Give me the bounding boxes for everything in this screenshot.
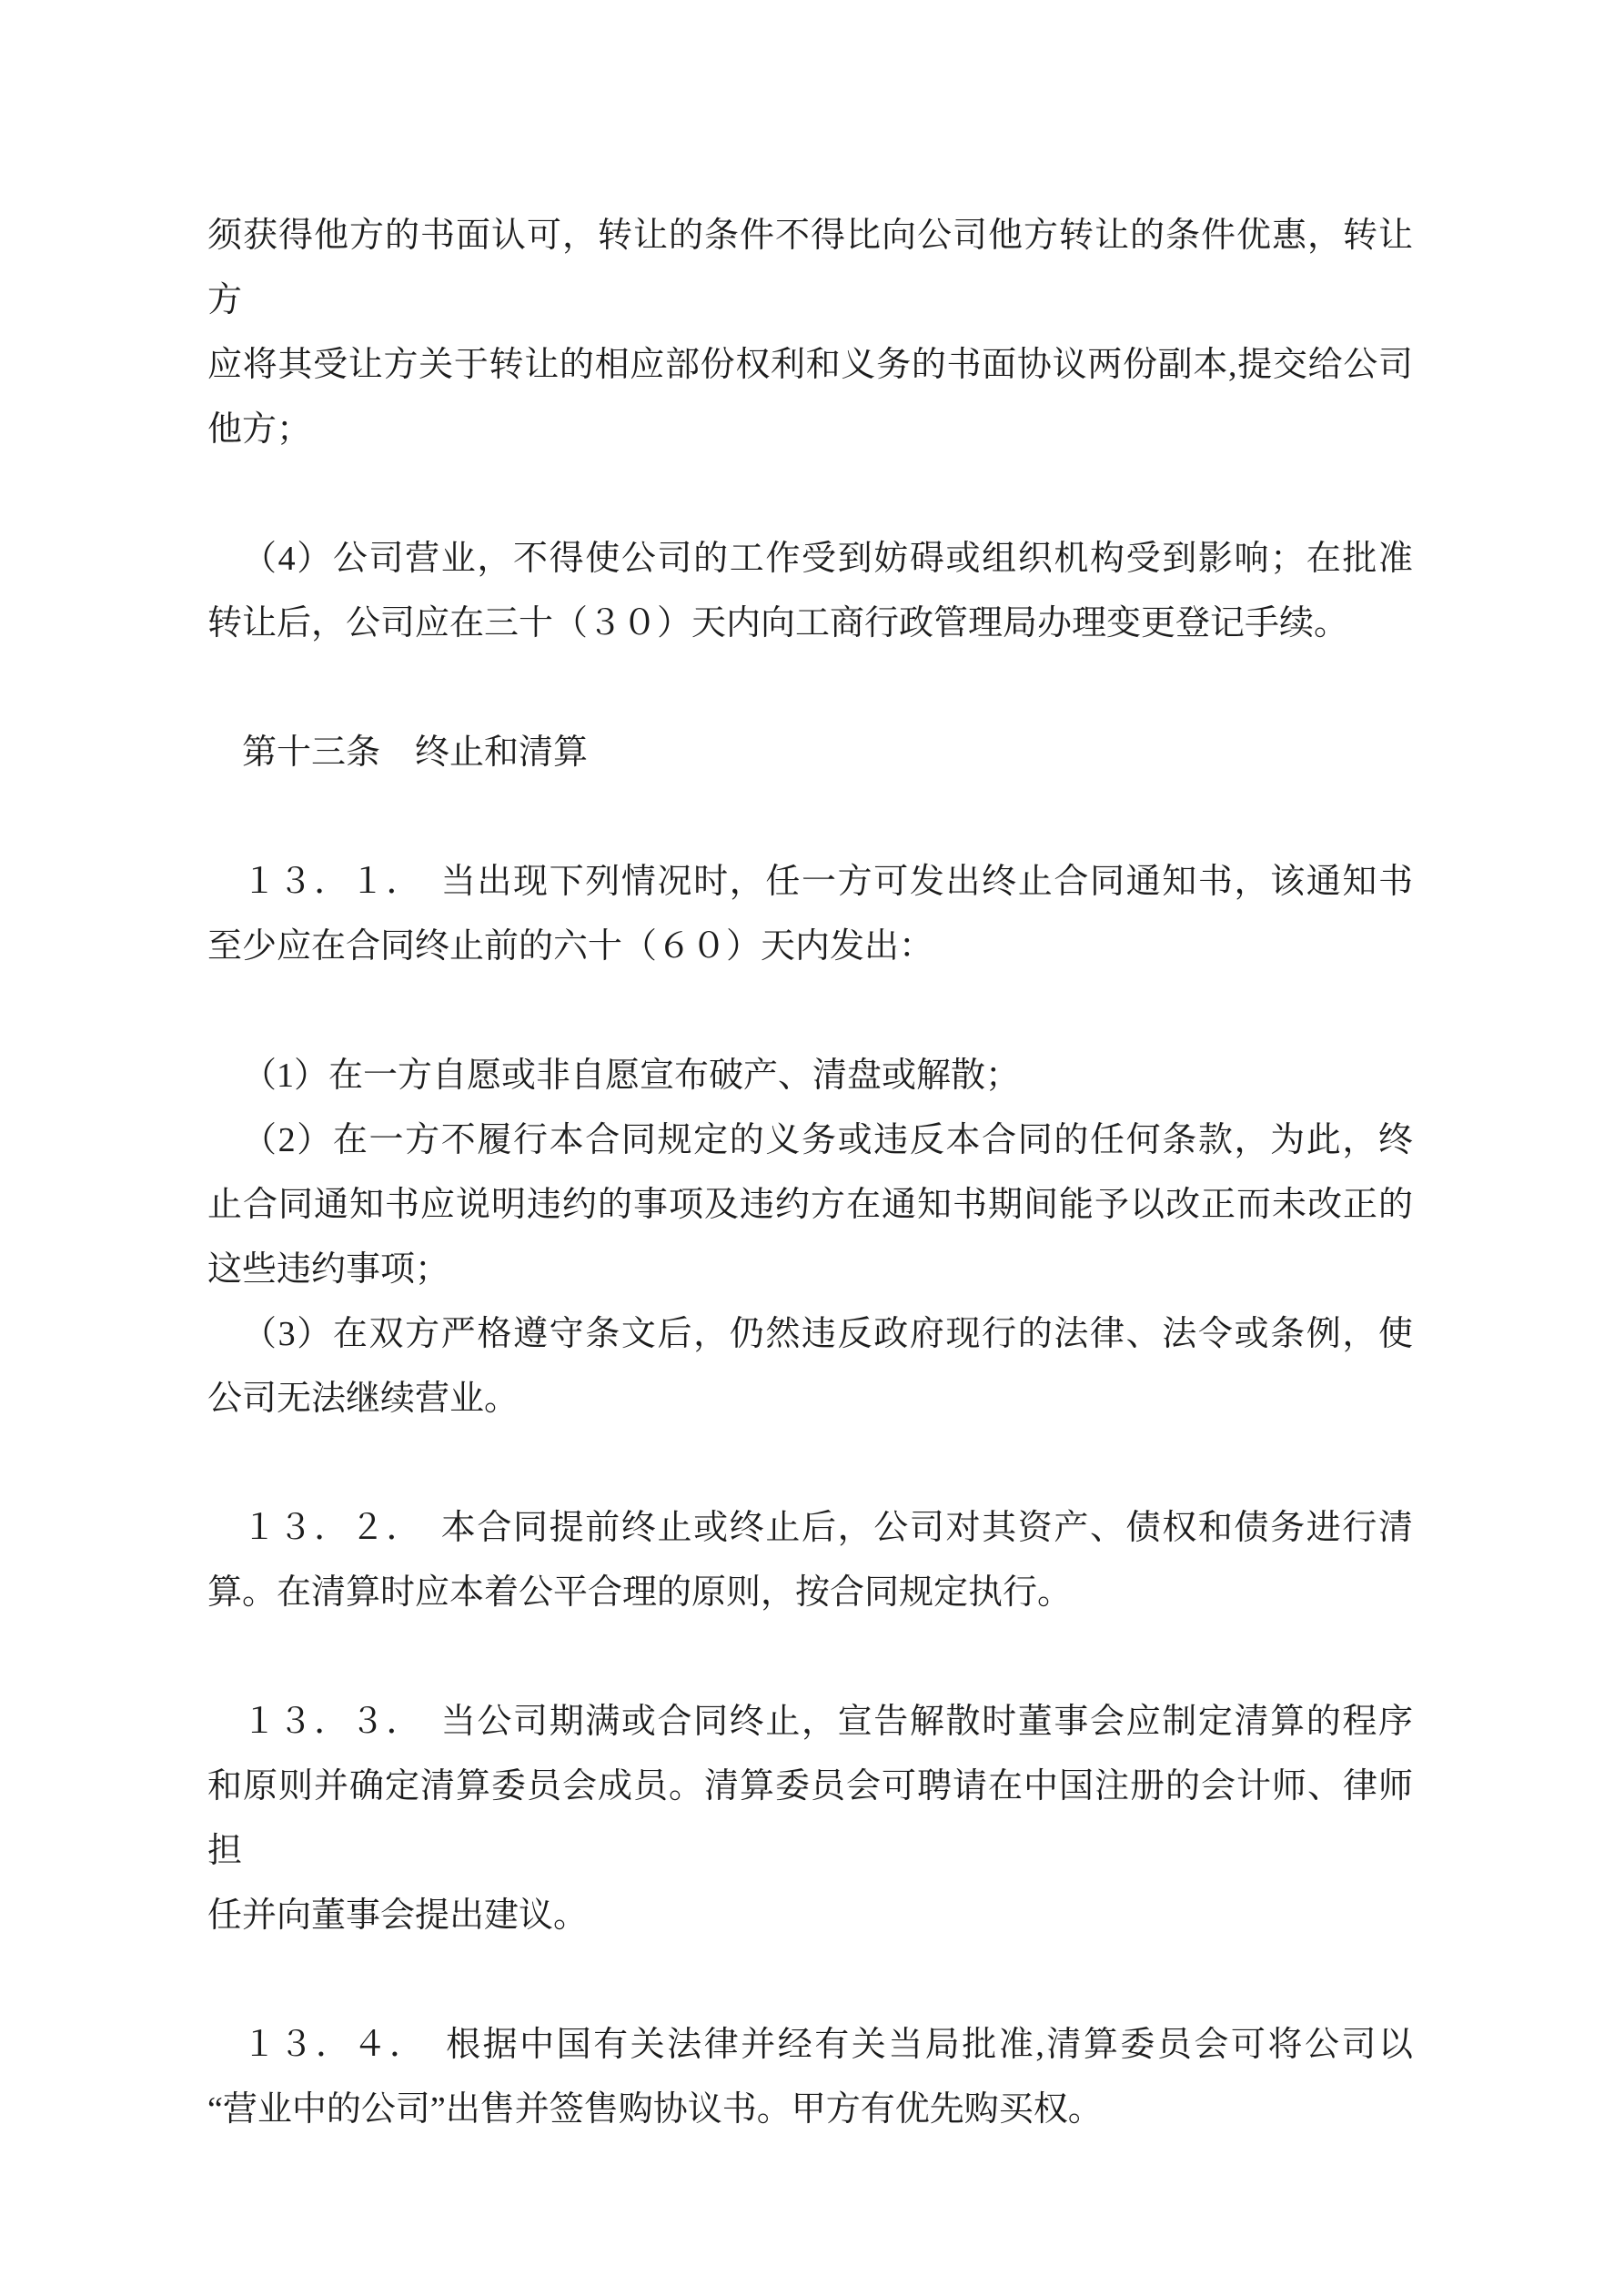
text-line: 第十三条 终止和清算 [207, 721, 1413, 785]
text-line: 须获得他方的书面认可，转让的条件不得比向公司他方转让的条件优惠，转让方 [207, 204, 1413, 333]
text-line: 他方； [207, 398, 1413, 462]
text-line: １３．４． 根据中国有关法律并经有关当局批准,清算委员会可将公司以 [207, 2013, 1413, 2078]
document-page: 须获得他方的书面认可，转让的条件不得比向公司他方转让的条件优惠，转让方应将其受让… [0, 0, 1624, 2296]
text-line: 算。在清算时应本着公平合理的原则，按合同规定执行。 [207, 1561, 1413, 1625]
text-line: 公司无法继续营业。 [207, 1367, 1413, 1431]
para-13-3-liquidation-committee: １３．３． 当公司期满或合同终止，宣告解散时董事会应制定清算的程序和原则并确定清… [207, 1690, 1413, 1948]
para-13-1-conditions-list: （1）在一方自愿或非自愿宣布破产、清盘或解散；（2）在一方不履行本合同规定的义务… [207, 1044, 1413, 1431]
text-line: （2）在一方不履行本合同规定的义务或违反本合同的任何条款，为此，终 [207, 1108, 1413, 1173]
text-line: 至少应在合同终止前的六十（６０）天内发出： [207, 915, 1413, 979]
text-line: 和原则并确定清算委员会成员。清算委员会可聘请在中国注册的会计师、律师担 [207, 1755, 1413, 1884]
text-line: 应将其受让方关于转让的相应部份权利和义务的书面协议两份副本,提交给公司 [207, 333, 1413, 398]
text-line: （3）在双方严格遵守条文后，仍然违反政府现行的法律、法令或条例，使 [207, 1302, 1413, 1367]
text-line: １３．３． 当公司期满或合同终止，宣告解散时董事会应制定清算的程序 [207, 1690, 1413, 1755]
para-transfer-conditions-continuation: 须获得他方的书面认可，转让的条件不得比向公司他方转让的条件优惠，转让方应将其受让… [207, 204, 1413, 462]
text-line: 止合同通知书应说明违约的事项及违约方在通知书期间能予以改正而未改正的 [207, 1173, 1413, 1238]
para-13-1-termination-notice: １３．１． 当出现下列情况时，任一方可发出终止合同通知书，该通知书至少应在合同终… [207, 850, 1413, 979]
text-line: 任并向董事会提出建议。 [207, 1884, 1413, 1948]
text-line: 转让后，公司应在三十（３０）天内向工商行政管理局办理变更登记手续。 [207, 592, 1413, 656]
text-line: （4）公司营业，不得使公司的工作受到妨碍或组织机构受到影响；在批准 [207, 527, 1413, 592]
text-line: 这些违约事项； [207, 1238, 1413, 1302]
text-line: （1）在一方自愿或非自愿宣布破产、清盘或解散； [207, 1044, 1413, 1108]
text-line: １３．２． 本合同提前终止或终止后，公司对其资产、债权和债务进行清 [207, 1496, 1413, 1561]
article-13-heading: 第十三条 终止和清算 [207, 721, 1413, 785]
para-item-4-company-business: （4）公司营业，不得使公司的工作受到妨碍或组织机构受到影响；在批准转让后，公司应… [207, 527, 1413, 656]
para-13-4-going-concern-sale: １３．４． 根据中国有关法律并经有关当局批准,清算委员会可将公司以“营业中的公司… [207, 2013, 1413, 2142]
text-line: “营业中的公司”出售并签售购协议书。甲方有优先购买权。 [207, 2078, 1413, 2142]
text-line: １３．１． 当出现下列情况时，任一方可发出终止合同通知书，该通知书 [207, 850, 1413, 915]
para-13-2-liquidation-principle: １３．２． 本合同提前终止或终止后，公司对其资产、债权和债务进行清算。在清算时应… [207, 1496, 1413, 1625]
